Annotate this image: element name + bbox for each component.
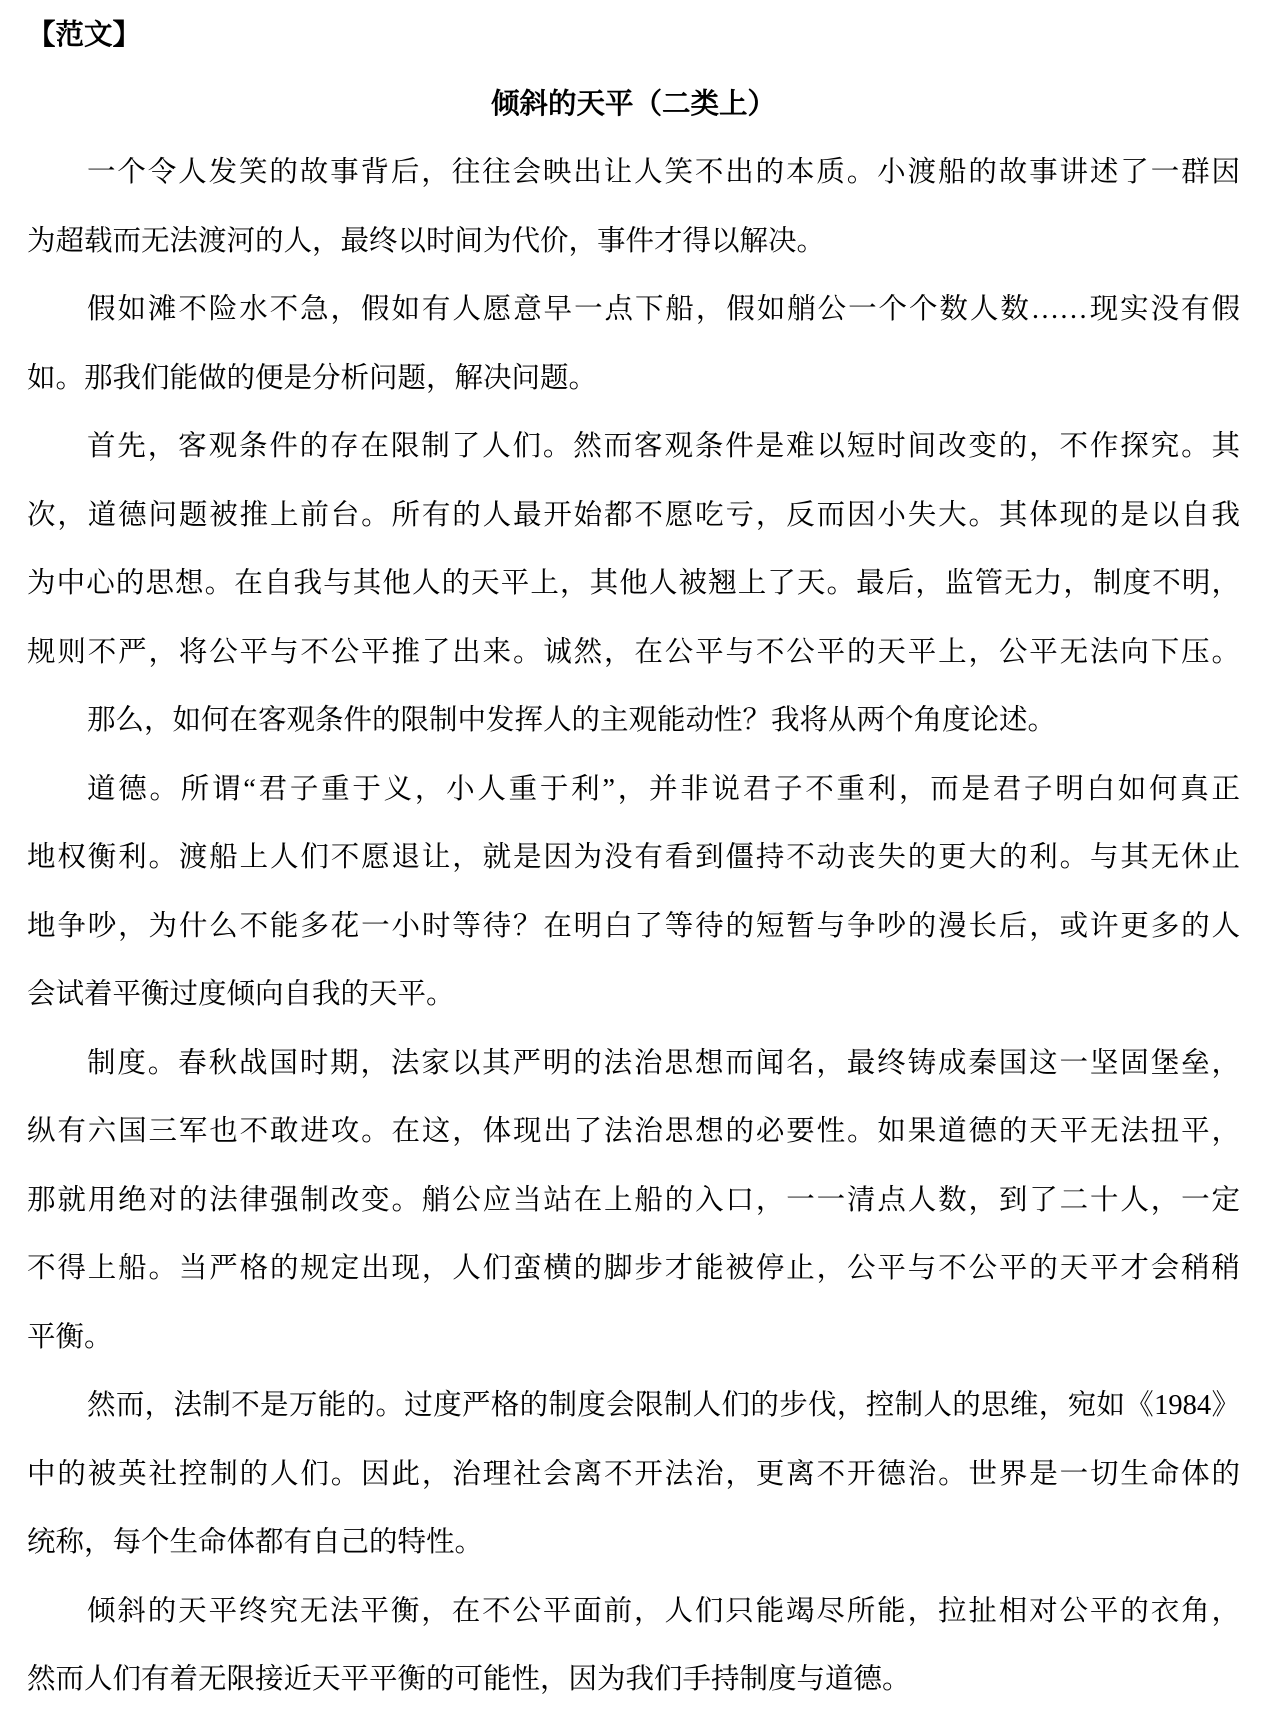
essay-line: 统称，每个生命体都有自己的特性。 (27, 1509, 1240, 1578)
essay-line: 地权衡利。渡船上人们不愿退让，就是因为没有看到僵持不动丧失的更大的利。与其无休止 (27, 824, 1240, 893)
essay-line: 如。那我们能做的便是分析问题，解决问题。 (27, 345, 1240, 414)
section-label: 【范文】 (27, 2, 1240, 71)
essay-line: 中的被英社控制的人们。因此，治理社会离不开法治，更离不开德治。世界是一切生命体的 (27, 1441, 1240, 1510)
essay-line: 道德。所谓“君子重于义，小人重于利”，并非说君子不重利，而是君子明白如何真正 (27, 756, 1240, 825)
essay-line: 倾斜的天平终究无法平衡，在不公平面前，人们只能竭尽所能，拉扯相对公平的衣角， (27, 1578, 1240, 1647)
essay-line: 为超载而无法渡河的人，最终以时间为代价，事件才得以解决。 (27, 208, 1240, 277)
essay-line: 为中心的思想。在自我与其他人的天平上，其他人被翘上了天。最后，监管无力，制度不明… (27, 550, 1240, 619)
essay-line: 次，道德问题被推上前台。所有的人最开始都不愿吃亏，反而因小失大。其体现的是以自我 (27, 482, 1240, 551)
essay-line: 会试着平衡过度倾向自我的天平。 (27, 961, 1240, 1030)
document-page: 【范文】 倾斜的天平（二类上） 一个令人发笑的故事背后，往往会映出让人笑不出的本… (0, 0, 1280, 1722)
essay-line: 然而，法制不是万能的。过度严格的制度会限制人们的步伐，控制人的思维，宛如《198… (27, 1372, 1240, 1441)
essay-line: 然而人们有着无限接近天平平衡的可能性，因为我们手持制度与道德。 (27, 1646, 1240, 1715)
essay-line: 地争吵，为什么不能多花一小时等待？在明白了等待的短暂与争吵的漫长后，或许更多的人 (27, 893, 1240, 962)
essay-line: 平衡。 (27, 1304, 1240, 1373)
essay-body: 一个令人发笑的故事背后，往往会映出让人笑不出的本质。小渡船的故事讲述了一群因为超… (27, 139, 1240, 1715)
essay-line: 纵有六国三军也不敢进攻。在这，体现出了法治思想的必要性。如果道德的天平无法扭平， (27, 1098, 1240, 1167)
essay-line: 规则不严，将公平与不公平推了出来。诚然，在公平与不公平的天平上，公平无法向下压。 (27, 619, 1240, 688)
essay-line: 一个令人发笑的故事背后，往往会映出让人笑不出的本质。小渡船的故事讲述了一群因 (27, 139, 1240, 208)
essay-line: 那就用绝对的法律强制改变。艄公应当站在上船的入口，一一清点人数，到了二十人，一定 (27, 1167, 1240, 1236)
essay-line: 假如滩不险水不急，假如有人愿意早一点下船，假如艄公一个个数人数……现实没有假 (27, 276, 1240, 345)
essay-line: 那么，如何在客观条件的限制中发挥人的主观能动性？我将从两个角度论述。 (27, 687, 1240, 756)
essay-line: 首先，客观条件的存在限制了人们。然而客观条件是难以短时间改变的，不作探究。其 (27, 413, 1240, 482)
essay-title: 倾斜的天平（二类上） (27, 71, 1240, 140)
essay-line: 制度。春秋战国时期，法家以其严明的法治思想而闻名，最终铸成秦国这一坚固堡垒， (27, 1030, 1240, 1099)
essay-line: 不得上船。当严格的规定出现，人们蛮横的脚步才能被停止，公平与不公平的天平才会稍稍 (27, 1235, 1240, 1304)
